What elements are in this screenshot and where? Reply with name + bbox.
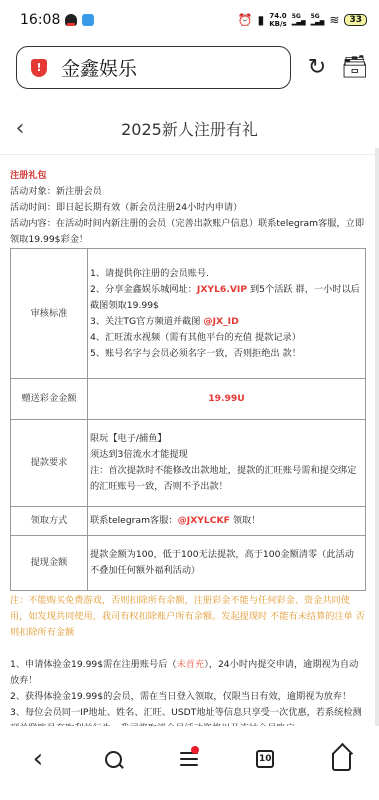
row-label: 提现金额 (11, 536, 88, 591)
claim-text: 领取！ (230, 515, 260, 526)
back-arrow-icon: ‹ (33, 744, 43, 774)
withdraw-amount: 提款金额为100，低于100无法提款，高于100金额清零（此活动不叠加任何额外福… (88, 536, 366, 591)
net-speed: 74.0KB/s (269, 12, 286, 28)
bottom-nav: ‹ 10 (0, 726, 379, 800)
back-icon[interactable]: ‹ (10, 116, 30, 141)
table-row: 提现金额 提款金额为100，低于100无法提款，高于100金额清零（此活动不叠加… (11, 536, 366, 591)
rule-item: 1、申请体验金19.99$需在注册账号后（未首充），24小时内提交申请，逾期视为… (10, 657, 365, 689)
page-title: 2025新人注册有礼 (0, 117, 379, 140)
nav-tabs-button[interactable]: 10 (245, 744, 285, 774)
vibrate-icon: ▮ (258, 13, 265, 27)
rule-text: 3、关注TG官方频道并截图 (90, 316, 203, 327)
status-right: ⏰ ▮ 74.0KB/s 5G▂▄▆ 5G▂▄▆ ≋ 33 (238, 12, 367, 28)
scrollbar[interactable] (375, 148, 379, 726)
promo-content: 注册礼包 活动对象：新注册会员 活动时间：即日起长期有效（新会员注册24小时内申… (0, 148, 375, 726)
nav-menu-button[interactable] (169, 744, 209, 774)
nav-back-button[interactable]: ‹ (18, 744, 58, 774)
support-contact-link[interactable]: @JXYLCKF (178, 515, 230, 526)
row-value: 1、请提供你注册的会员账号. 2、分享金鑫娱乐城网址：JXYL6.VIP 到5个… (88, 249, 366, 379)
promo-table: 审核标准 1、请提供你注册的会员账号. 2、分享金鑫娱乐城网址：JXYL6.VI… (10, 248, 366, 591)
nav-search-button[interactable] (94, 744, 134, 774)
rule-item: 3、每位会员同一IP地址、姓名、汇旺、USDT地址等信息只享受一次优惠，若系统检… (10, 705, 365, 726)
row-value: 限玩【电子/捕鱼】 须达到3倍流水才能提现 注：首次提款时不能修改出款地址，提款… (88, 420, 366, 507)
status-bar: 16:08 ⏰ ▮ 74.0KB/s 5G▂▄▆ 5G▂▄▆ ≋ 33 (0, 0, 379, 40)
requirement-line: 注：首次提款时不能修改出款地址，提款的汇旺账号需和提交绑定的汇旺账号一致，否则不… (90, 463, 363, 495)
rule-line: 3、关注TG官方频道并截图 @JX_ID (90, 314, 363, 330)
menu-icon (180, 752, 198, 766)
signal-2-icon: 5G▂▄▆ (311, 14, 325, 26)
url-text[interactable]: 金鑫娱乐 (61, 54, 137, 81)
warning-note: 注：不能购买免费游戏，否则扣除所有余额，注册彩金不能与任何彩金、资金共同使用，如… (10, 593, 365, 641)
reload-icon[interactable]: ↻ (305, 56, 329, 80)
qq-notification-icon (65, 14, 77, 26)
app-notification-icon (82, 14, 94, 26)
row-label: 审核标准 (11, 249, 88, 379)
activity-target: 活动对象：新注册会员 (10, 184, 365, 200)
site-link[interactable]: JXYL6.VIP (197, 284, 247, 295)
rule-line: 5、账号名字与会员必须名字一致，否则拒绝出 款！ (90, 346, 363, 362)
tg-channel-link[interactable]: @JX_ID (203, 316, 238, 327)
rule-line: 4、汇旺流水视频（需有其他平台的充值 提款记录） (90, 330, 363, 346)
rules-list: 1、申请体验金19.99$需在注册账号后（未首充），24小时内提交申请，逾期视为… (10, 657, 365, 726)
requirement-line: 限玩【电子/捕鱼】 (90, 431, 363, 447)
signal-1-icon: 5G▂▄▆ (292, 14, 306, 26)
address-bar[interactable]: ! 金鑫娱乐 (16, 46, 291, 89)
home-icon (332, 753, 351, 771)
row-label: 领取方式 (11, 507, 88, 536)
nav-home-button[interactable] (321, 744, 361, 774)
signal-2-label: 5G (311, 14, 325, 20)
tabs-icon: 10 (256, 750, 274, 768)
activity-time: 活动时间：即日起长期有效（新会员注册24小时内申请） (10, 200, 365, 216)
browser-toolbar: ! 金鑫娱乐 ↻ 🗃 (0, 40, 379, 95)
alarm-icon: ⏰ (238, 13, 253, 27)
row-label: 提款要求 (11, 420, 88, 507)
rule-text: 1、申请体验金19.99$需在注册账号后（ (10, 659, 177, 670)
rule-line: 2、分享金鑫娱乐城网址：JXYL6.VIP 到5个活跃 群，一小时以后截图领取1… (90, 282, 363, 314)
rule-line: 1、请提供你注册的会员账号. (90, 266, 363, 282)
signal-1-label: 5G (292, 14, 306, 20)
row-value: 联系telegram客服：@JXYLCKF 领取！ (88, 507, 366, 536)
table-row: 领取方式 联系telegram客服：@JXYLCKF 领取！ (11, 507, 366, 536)
rule-highlight: 未首充 (177, 659, 205, 670)
rule-text: 2、分享金鑫娱乐城网址： (90, 284, 197, 295)
battery-icon: 33 (344, 14, 367, 26)
search-icon (105, 751, 122, 768)
status-left: 16:08 (20, 12, 94, 28)
net-speed-value: 74.0 (269, 12, 286, 20)
activity-desc: 活动内容：在活动时间内新注册的会员（完善出款账户信息）联系telegram客服，… (10, 216, 365, 248)
table-row: 审核标准 1、请提供你注册的会员账号. 2、分享金鑫娱乐城网址：JXYL6.VI… (11, 249, 366, 379)
section-title: 注册礼包 (10, 168, 365, 184)
bonus-amount: 19.99U (88, 379, 366, 420)
rule-item: 2、获得体验金19.99$的会员，需在当日登入领取，仅限当日有效，逾期视为放弃！ (10, 689, 365, 705)
wifi-icon: ≋ (329, 13, 339, 27)
toolbox-icon[interactable]: 🗃 (343, 56, 367, 80)
requirement-line: 须达到3倍流水才能提现 (90, 447, 363, 463)
table-row: 提款要求 限玩【电子/捕鱼】 须达到3倍流水才能提现 注：首次提款时不能修改出款… (11, 420, 366, 507)
claim-text: 联系telegram客服： (90, 515, 178, 526)
table-row: 赠送彩金金额 19.99U (11, 379, 366, 420)
net-speed-unit: KB/s (269, 20, 286, 28)
row-label: 赠送彩金金额 (11, 379, 88, 420)
clock: 16:08 (20, 12, 60, 28)
shield-warning-icon[interactable]: ! (31, 59, 47, 77)
